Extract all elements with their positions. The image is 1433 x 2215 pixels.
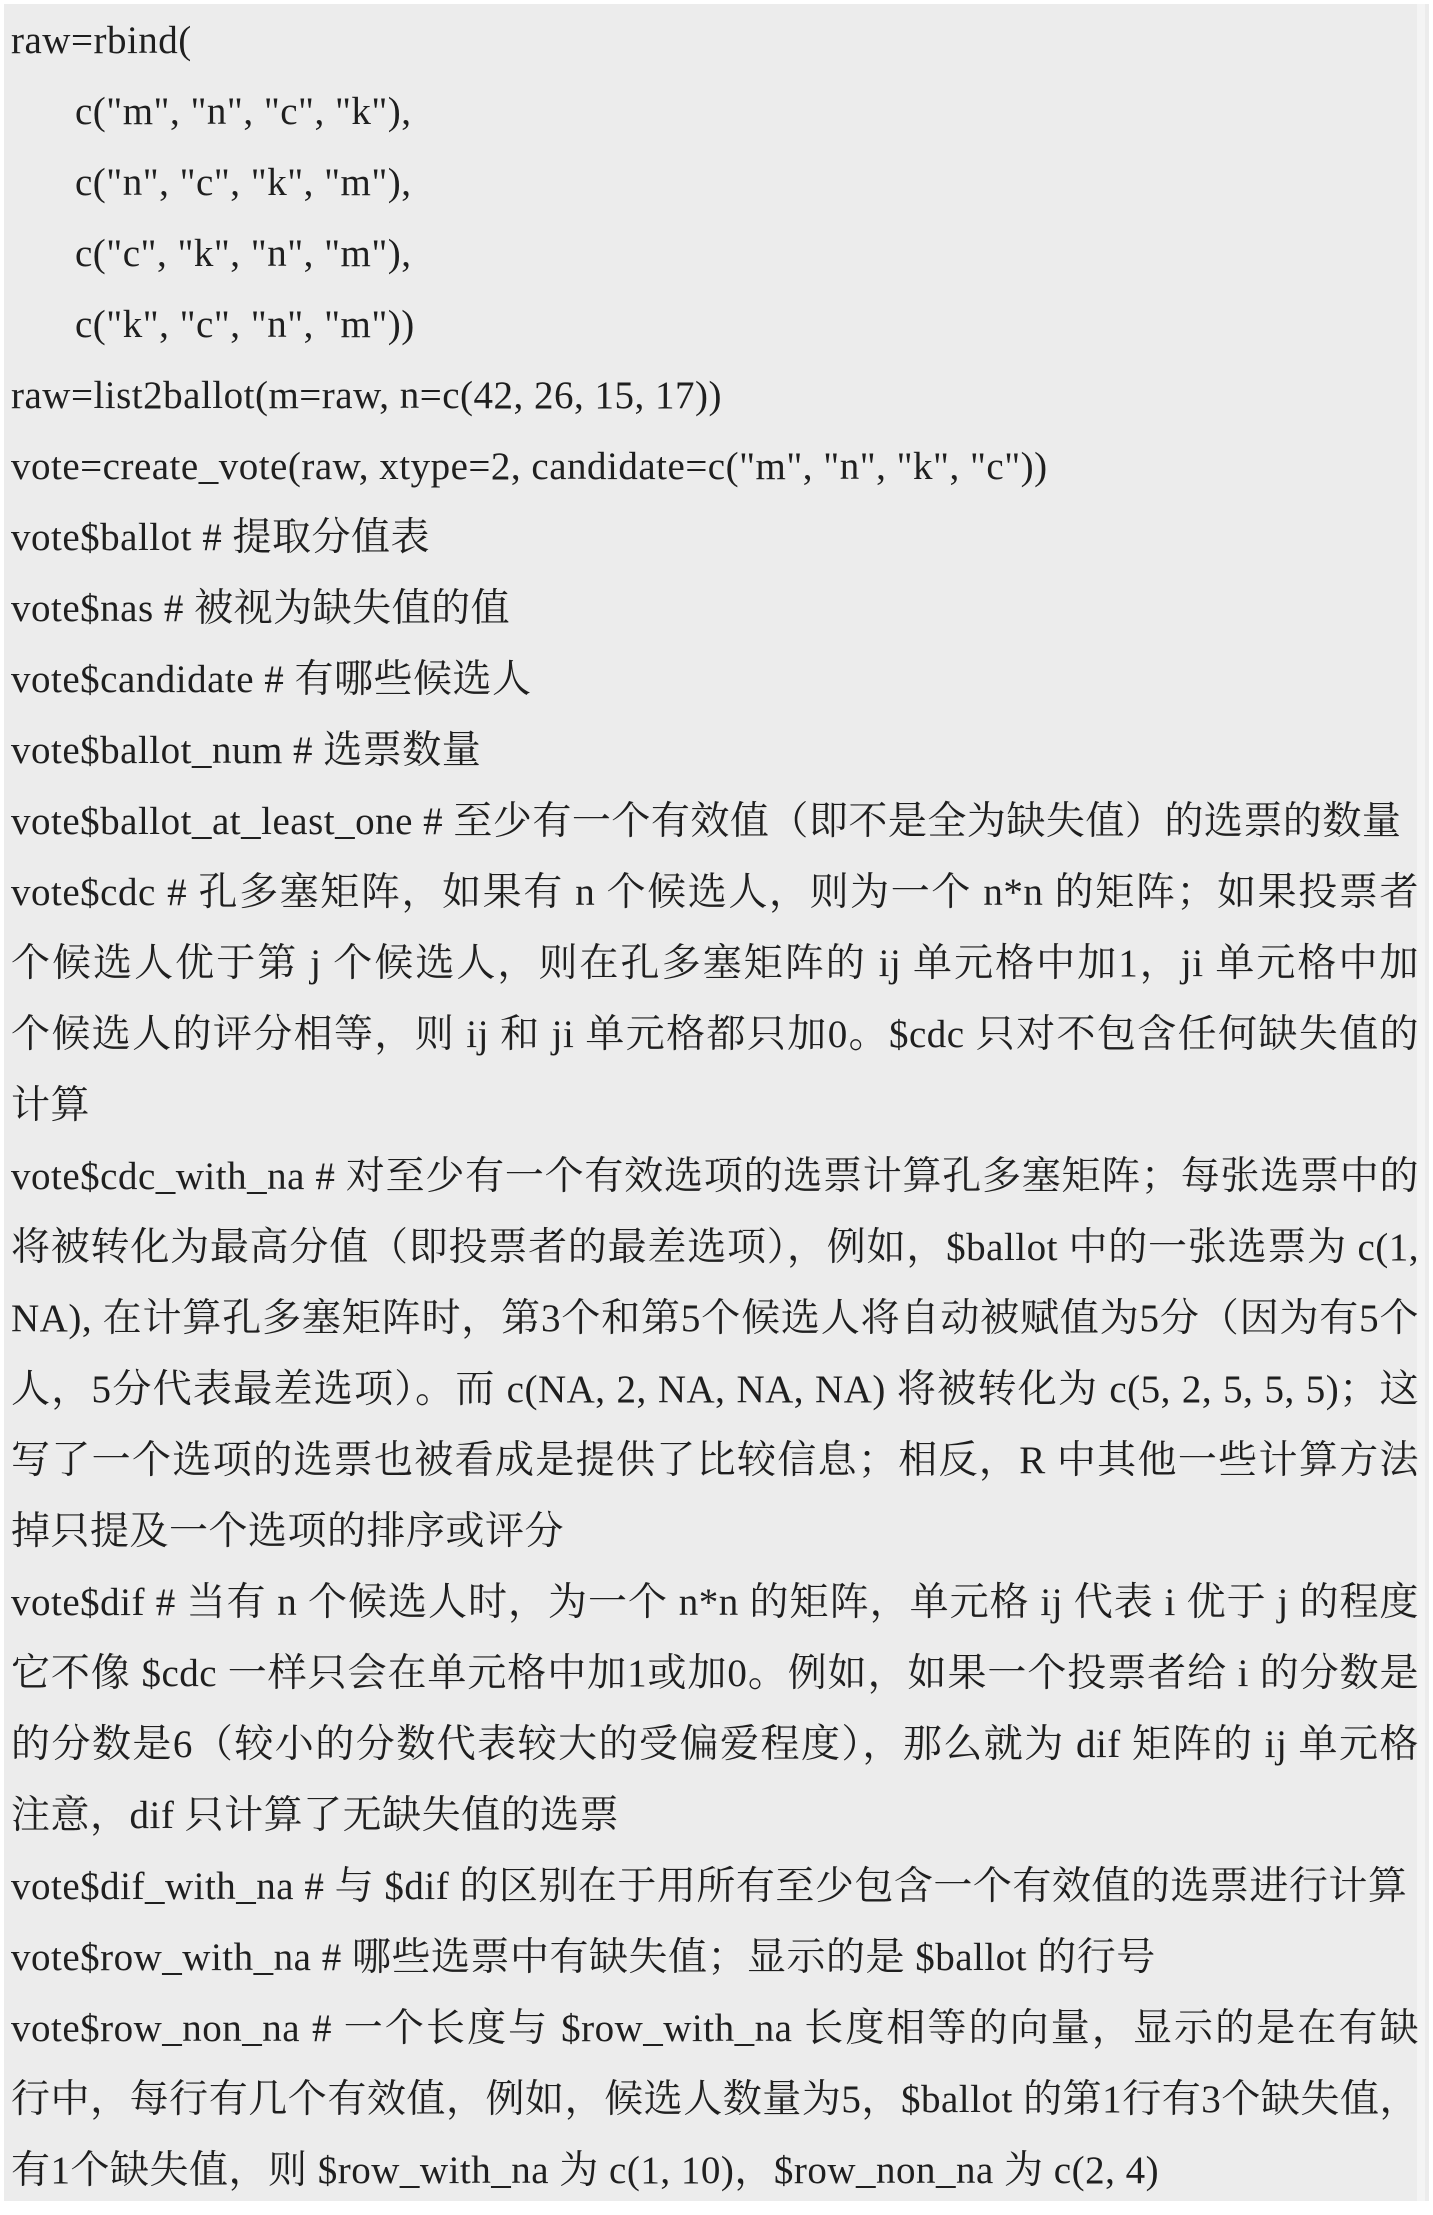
comment-line-candidate: vote$candidate # 有哪些候选人 (11, 644, 1419, 715)
comment-line-dif-with-na: vote$dif_with_na # 与 $dif 的区别在于用所有至少包含一个… (11, 1851, 1419, 1922)
comment-line-cdc-4: 计算 (11, 1070, 1419, 1141)
comment-line-row-non-na-2: 行中，每行有几个有效值，例如，候选人数量为5，$ballot 的第1行有3个缺失… (11, 2064, 1419, 2135)
code-line-vector-3: c("c", "k", "n", "m"), (11, 218, 1419, 289)
comment-line-cdc-with-na-3: NA), 在计算孔多塞矩阵时，第3个和第5个候选人将自动被赋值为5分（因为有5个… (11, 1283, 1419, 1354)
code-line-create-vote: vote=create_vote(raw, xtype=2, candidate… (11, 431, 1419, 502)
comment-line-dif-4: 注意，dif 只计算了无缺失值的选票 (11, 1780, 1419, 1851)
comment-line-row-with-na: vote$row_with_na # 哪些选票中有缺失值；显示的是 $ballo… (11, 1922, 1419, 1993)
comment-line-cdc-with-na-6: 掉只提及一个选项的排序或评分 (11, 1496, 1419, 1567)
page-edge-bottom (4, 2201, 1429, 2211)
document-page: raw=rbind(c("m", "n", "c", "k"),c("n", "… (0, 0, 1433, 2215)
comment-line-cdc-2: 个候选人优于第 j 个候选人，则在孔多塞矩阵的 ij 单元格中加1，ji 单元格… (11, 928, 1419, 999)
comment-line-cdc-with-na-2: 将被转化为最高分值（即投票者的最差选项），例如，$ballot 中的一张选票为 … (11, 1212, 1419, 1283)
code-line-vector-4: c("k", "c", "n", "m")) (11, 289, 1419, 360)
comment-line-ballot-num: vote$ballot_num # 选票数量 (11, 715, 1419, 786)
code-line-vector-1: c("m", "n", "c", "k"), (11, 76, 1419, 147)
comment-line-dif-3: 的分数是6（较小的分数代表较大的受偏爱程度），那么就为 dif 矩阵的 ij 单… (11, 1709, 1419, 1780)
comment-line-ballot-at-least-one: vote$ballot_at_least_one # 至少有一个有效值（即不是全… (11, 786, 1419, 857)
comment-line-nas: vote$nas # 被视为缺失值的值 (11, 573, 1419, 644)
comment-line-cdc-1: vote$cdc # 孔多塞矩阵，如果有 n 个候选人，则为一个 n*n 的矩阵… (11, 857, 1419, 928)
comment-line-row-non-na-1: vote$row_non_na # 一个长度与 $row_with_na 长度相… (11, 1993, 1419, 2064)
comment-line-row-non-na-3: 有1个缺失值，则 $row_with_na 为 c(1, 10)，$row_no… (11, 2135, 1419, 2206)
comment-line-cdc-with-na-5: 写了一个选项的选票也被看成是提供了比较信息；相反，R 中其他一些计算方法则会忽略 (11, 1425, 1419, 1496)
comment-line-cdc-3: 个候选人的评分相等，则 ij 和 ji 单元格都只加0。$cdc 只对不包含任何… (11, 999, 1419, 1070)
comment-line-dif-2: 它不像 $cdc 一样只会在单元格中加1或加0。例如，如果一个投票者给 i 的分… (11, 1638, 1419, 1709)
document-text: raw=rbind(c("m", "n", "c", "k"),c("n", "… (4, 4, 1429, 2206)
code-line-list2ballot: raw=list2ballot(m=raw, n=c(42, 26, 15, 1… (11, 360, 1419, 431)
comment-line-dif-1: vote$dif # 当有 n 个候选人时，为一个 n*n 的矩阵，单元格 ij… (11, 1567, 1419, 1638)
code-line-vector-2: c("n", "c", "k", "m"), (11, 147, 1419, 218)
code-line-raw-rbind: raw=rbind( (11, 5, 1419, 76)
comment-line-cdc-with-na-4: 人，5分代表最差选项）。而 c(NA, 2, NA, NA, NA) 将被转化为… (11, 1354, 1419, 1425)
comment-line-cdc-with-na-1: vote$cdc_with_na # 对至少有一个有效选项的选票计算孔多塞矩阵；… (11, 1141, 1419, 1212)
comment-line-ballot: vote$ballot # 提取分值表 (11, 502, 1419, 573)
